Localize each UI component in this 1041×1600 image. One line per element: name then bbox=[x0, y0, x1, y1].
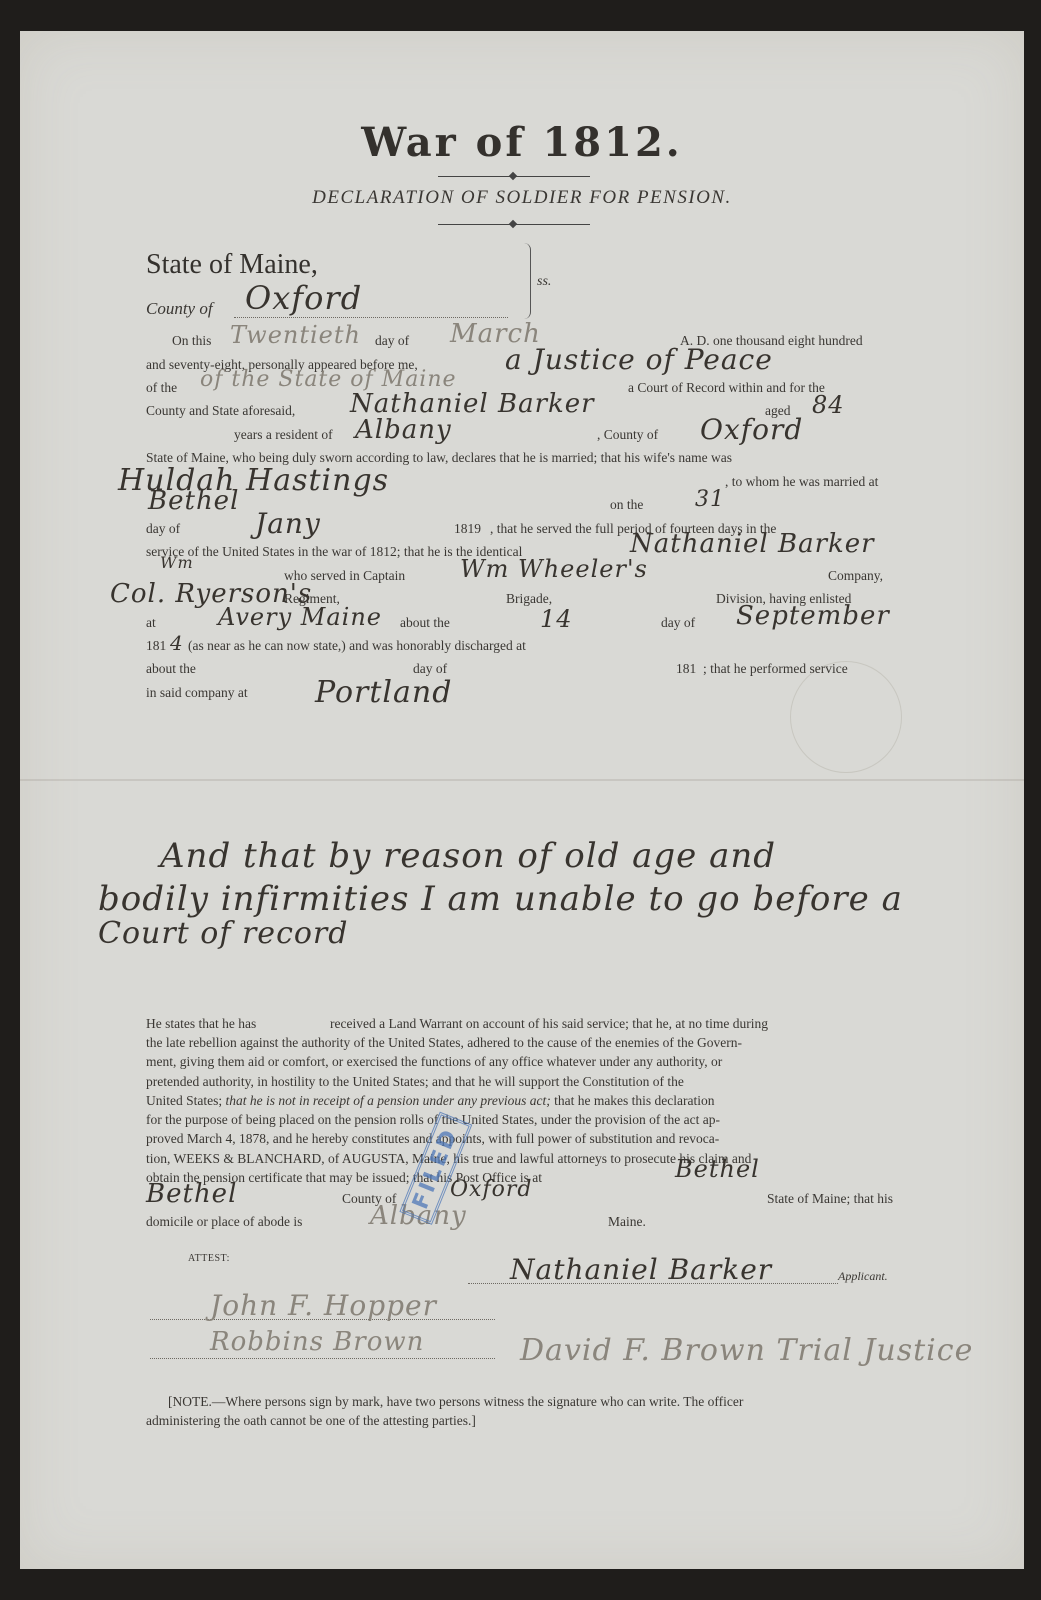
enlist-day-value: 14 bbox=[540, 605, 573, 633]
note-line: [NOTE.—Where persons sign by mark, have … bbox=[168, 1394, 743, 1410]
declaration-line: that he makes this declaration bbox=[554, 1093, 714, 1108]
domicile-label: domicile or place of abode is bbox=[146, 1214, 302, 1230]
attest-label: ATTEST: bbox=[188, 1253, 230, 1264]
company-label: Company, bbox=[828, 568, 883, 584]
state-of-maine-text: State of Maine; that his bbox=[767, 1191, 893, 1207]
handwritten-statement-line: And that by reason of old age and bbox=[160, 836, 776, 876]
court-record-text: a Court of Record within and for the bbox=[628, 380, 825, 396]
witness2-signature: Robbins Brown bbox=[210, 1327, 424, 1357]
ornamental-rule-bottom bbox=[438, 224, 590, 225]
day-of-label-2: day of bbox=[146, 521, 180, 537]
married-at-text: , to whom he was married at bbox=[725, 474, 878, 490]
post-office-county-value: Oxford bbox=[450, 1177, 532, 1202]
day-value: Twentieth bbox=[230, 321, 361, 349]
on-the-label: on the bbox=[610, 497, 643, 513]
maine-label: Maine. bbox=[608, 1214, 646, 1230]
post-office-town-value: Bethel bbox=[146, 1179, 237, 1209]
marriage-place-value: Bethel bbox=[148, 486, 239, 516]
identical-name-value: Nathaniel Barker bbox=[630, 529, 875, 559]
age-value: 84 bbox=[812, 391, 845, 419]
applicant-label: Applicant. bbox=[838, 1269, 888, 1284]
at-label: at bbox=[146, 615, 156, 631]
witness2-signature-line bbox=[150, 1358, 495, 1359]
officer-value: a Justice of Peace bbox=[505, 343, 773, 376]
service-place-value: Portland bbox=[315, 675, 452, 710]
about-the-label: about the bbox=[400, 615, 450, 631]
ss-label: ss. bbox=[537, 274, 551, 290]
county-label: County of bbox=[146, 299, 213, 319]
county-state-text: County and State aforesaid, bbox=[146, 403, 295, 419]
no-pension-clause: that he is not in receipt of a pension u… bbox=[226, 1093, 551, 1108]
state-label: State of Maine, bbox=[146, 249, 318, 281]
marriage-year-value: 1819 bbox=[454, 521, 481, 537]
post-office-value: Bethel bbox=[675, 1155, 760, 1183]
pension-declaration-document: War of 1812. DECLARATION OF SOLDIER FOR … bbox=[20, 31, 1024, 1569]
enlist-year-prefix: 181 bbox=[146, 638, 166, 654]
enlist-year-digit: 4 bbox=[170, 631, 184, 655]
land-warrant-text-a: He states that he has bbox=[146, 1016, 256, 1032]
venue-brace bbox=[524, 243, 531, 319]
in-said-company-label: in said company at bbox=[146, 685, 248, 701]
about-the-label-2: about the bbox=[146, 661, 196, 677]
county-value: Oxford bbox=[245, 279, 362, 317]
of-the-label: of the bbox=[146, 380, 177, 396]
applicant-signature: Nathaniel Barker bbox=[510, 1253, 772, 1286]
declaration-line: ment, giving them aid or comfort, or exe… bbox=[146, 1054, 722, 1070]
declaration-line: United States; bbox=[146, 1093, 222, 1108]
years-resident-label: years a resident of bbox=[234, 427, 333, 443]
handwritten-statement-line: bodily infirmities I am unable to go bef… bbox=[98, 879, 903, 919]
embossed-seal bbox=[790, 661, 902, 773]
officer-signature: David F. Brown Trial Justice bbox=[520, 1333, 973, 1368]
performed-service-text: ; that he performed service bbox=[703, 661, 848, 677]
day-of-label-3: day of bbox=[661, 615, 695, 631]
on-this-label: On this bbox=[172, 333, 211, 349]
paper-fold-line bbox=[20, 779, 1024, 781]
day-of-label: day of bbox=[375, 333, 409, 349]
county-field-line bbox=[234, 317, 508, 318]
enlist-month-value: September bbox=[736, 601, 890, 631]
residence-value: Albany bbox=[355, 415, 452, 445]
ornamental-rule-top bbox=[438, 176, 590, 177]
document-subtitle: DECLARATION OF SOLDIER FOR PENSION. bbox=[20, 187, 1024, 209]
discharge-year-prefix: 181 bbox=[676, 661, 696, 677]
wm-annotation: Wm bbox=[160, 553, 194, 572]
marriage-month-value: Jany bbox=[255, 507, 321, 540]
marriage-day-value: 31 bbox=[695, 487, 725, 512]
declaration-line: the late rebellion against the authority… bbox=[146, 1035, 742, 1051]
enlist-place-value: Avery Maine bbox=[218, 603, 382, 631]
declaration-line: pretended authority, in hostility to the… bbox=[146, 1074, 684, 1090]
residence-county-value: Oxford bbox=[700, 413, 803, 446]
witness1-signature: John F. Hopper bbox=[210, 1289, 437, 1322]
note-line: administering the oath cannot be one of … bbox=[146, 1413, 476, 1429]
county-of-label: , County of bbox=[597, 427, 658, 443]
discharged-text: (as near as he can now state,) and was h… bbox=[188, 638, 526, 654]
handwritten-statement-line: Court of record bbox=[98, 916, 348, 951]
captain-value: Wm Wheeler's bbox=[460, 555, 648, 583]
land-warrant-text-b: received a Land Warrant on account of hi… bbox=[330, 1016, 768, 1032]
document-title: War of 1812. bbox=[20, 119, 1024, 166]
